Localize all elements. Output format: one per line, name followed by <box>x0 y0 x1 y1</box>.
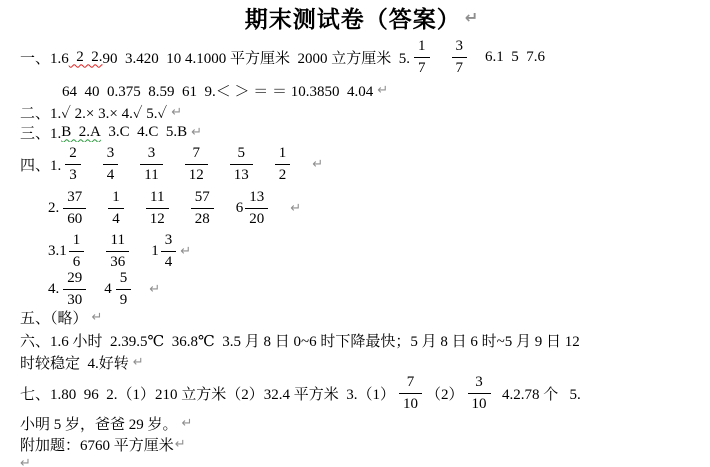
fraction-numerator: 1 <box>275 145 291 164</box>
fraction: 1 6 <box>69 232 85 271</box>
section-four-item1-label: 四、1. <box>20 154 61 175</box>
fraction-denominator: 13 <box>230 164 253 184</box>
section-five-line: 五、（略） ↵ <box>20 307 704 327</box>
section-seven-line1: 七、1.80 96 2.（1）210 立方米（2）32.4 平方米 3.（1） … <box>20 373 704 413</box>
paragraph-mark-icon: ↵ <box>171 105 182 120</box>
fraction-denominator: 36 <box>106 251 129 271</box>
paragraph-mark-icon: ↵ <box>182 416 193 431</box>
section-four-item2: 2. 37 60 1 4 11 12 57 28 6 13 20 ↵ <box>20 186 704 231</box>
section-seven-tail: 4.2.78 个 5. <box>495 383 581 404</box>
paragraph-mark-icon: ↵ <box>180 244 191 259</box>
section-one-mid: 90 3.420 10 4.1000 平方厘米 2000 立方厘米 5. <box>103 47 411 68</box>
section-four-item1: 四、1. 2 3 3 4 3 11 7 12 5 13 1 2 ↵ <box>20 142 704 186</box>
fraction-numerator: 5 <box>233 145 249 164</box>
paragraph-mark-icon: ↵ <box>92 310 103 325</box>
fraction: 1 4 <box>108 189 124 228</box>
fraction-denominator: 4 <box>108 208 124 228</box>
paragraph-mark-icon: ↵ <box>20 456 31 467</box>
section-seven-pre: 七、1.80 96 2.（1）210 立方米（2）32.4 平方米 3.（1） <box>20 383 395 404</box>
section-four-item4-label: 4. <box>48 281 59 298</box>
paragraph-mark-icon: ↵ <box>149 282 160 297</box>
fraction-denominator: 12 <box>185 164 208 184</box>
fraction-denominator: 28 <box>191 208 214 228</box>
section-three-pre: 三、1. <box>20 122 61 142</box>
paragraph-mark-icon: ↵ <box>377 83 388 98</box>
fraction-numerator: 3 <box>144 145 160 164</box>
section-four-item3: 3. 1 1 6 11 36 1 3 4 ↵ <box>20 231 704 271</box>
fraction-numerator: 29 <box>63 271 86 289</box>
fraction: 1 2 <box>275 145 291 184</box>
fraction-numerator: 11 <box>107 232 129 251</box>
fraction: 3 11 <box>140 145 162 184</box>
mixed-whole: 1 <box>151 243 159 260</box>
document-page: 期末测试卷（答案） ↵ 一、1.6 2 2. 90 3.420 10 4.100… <box>0 0 710 467</box>
fraction: 11 12 <box>146 189 169 228</box>
paragraph-mark-icon: ↵ <box>191 125 202 140</box>
section-four-item2-label: 2. <box>48 200 59 217</box>
fraction-denominator: 2 <box>275 164 291 184</box>
fraction: 5 13 <box>230 145 253 184</box>
fraction-denominator: 10 <box>399 393 422 413</box>
fraction: 3 10 <box>468 374 491 413</box>
fraction-numerator: 1 <box>69 232 85 251</box>
fraction-denominator: 12 <box>146 208 169 228</box>
empty-paragraph-line: ↵ <box>20 455 704 467</box>
fraction: 1 7 <box>414 38 430 77</box>
mixed-whole: 1 <box>59 243 67 260</box>
fraction-denominator: 60 <box>63 208 86 228</box>
fraction-denominator: 9 <box>116 289 132 308</box>
paragraph-mark-icon: ↵ <box>465 8 479 27</box>
fraction: 37 60 <box>63 189 86 228</box>
fraction-denominator: 20 <box>245 208 268 228</box>
fraction: 3 4 <box>161 232 177 271</box>
section-two-line: 二、1.✓ 2.× 3.× 4.✓ 5.✓ ↵ <box>20 102 704 122</box>
mixed-number: 1 3 4 <box>151 232 176 271</box>
fraction-denominator: 30 <box>63 289 86 308</box>
fraction-denominator: 4 <box>103 164 119 184</box>
fraction-numerator: 3 <box>452 38 468 57</box>
fraction-denominator: 3 <box>65 164 81 184</box>
fraction-numerator: 37 <box>63 189 86 208</box>
fraction-numerator: 57 <box>191 189 214 208</box>
fraction-denominator: 6 <box>69 251 85 271</box>
section-seven-mid: （2） <box>426 383 464 404</box>
section-six-line2-text: 时较稳定 4.好转 <box>20 352 129 373</box>
fraction: 3 4 <box>103 145 119 184</box>
section-one-line1: 一、1.6 2 2. 90 3.420 10 4.1000 平方厘米 2000 … <box>20 34 704 80</box>
fraction-numerator: 5 <box>116 271 132 289</box>
fraction-numerator: 1 <box>414 38 430 57</box>
fraction-numerator: 2 <box>65 145 81 164</box>
spellcheck-red-squiggle-text: 2 2. <box>69 49 103 66</box>
section-six-line1-text: 六、1.6 小时 2.39.5℃ 36.8℃ 3.5 月 8 日 0~6 时下降… <box>20 330 580 351</box>
section-three-tail: 3.C 4.C 5.B <box>101 124 187 141</box>
section-seven-line2: 小明 5 岁，爸爸 29 岁。 ↵ <box>20 413 704 434</box>
fraction: 3 7 <box>452 38 468 77</box>
fraction: 11 36 <box>106 232 129 271</box>
bonus-question-text: 附加题：6760 平方厘米 <box>20 434 174 455</box>
fraction: 13 20 <box>245 189 268 228</box>
section-six-line1: 六、1.6 小时 2.39.5℃ 36.8℃ 3.5 月 8 日 0~6 时下降… <box>20 329 704 351</box>
paragraph-mark-icon: ↵ <box>133 355 144 370</box>
fraction-numerator: 7 <box>188 145 204 164</box>
section-one-line2-text: 64 40 0.375 8.59 61 9.＜ ＞ ＝ ＝ 10.3850 4.… <box>62 80 373 100</box>
bonus-question-line: 附加题：6760 平方厘米 ↵ <box>20 434 704 455</box>
section-three-line: 三、1. B 2.A 3.C 4.C 5.B ↵ <box>20 122 704 142</box>
fraction-numerator: 3 <box>161 232 177 251</box>
fraction-denominator: 7 <box>414 57 430 77</box>
fraction-denominator: 11 <box>140 164 162 184</box>
fraction: 57 28 <box>191 189 214 228</box>
spellcheck-green-squiggle-text: B 2.A <box>61 124 101 141</box>
fraction-numerator: 13 <box>245 189 268 208</box>
mixed-whole: 6 <box>236 200 244 217</box>
fraction-numerator: 1 <box>108 189 124 208</box>
fraction-denominator: 7 <box>452 57 468 77</box>
fraction: 29 30 <box>63 271 86 307</box>
fraction-denominator: 4 <box>161 251 177 271</box>
section-seven-line2-text: 小明 5 岁，爸爸 29 岁。 <box>20 413 178 434</box>
mixed-number: 1 1 6 <box>59 232 84 271</box>
fraction-denominator: 10 <box>468 393 491 413</box>
section-five-text: 五、（略） <box>20 307 88 327</box>
paragraph-mark-icon: ↵ <box>175 437 186 452</box>
section-one-tail: 6.1 5 7.6 <box>485 49 545 66</box>
fraction: 5 9 <box>116 271 132 307</box>
section-six-line2: 时较稳定 4.好转 ↵ <box>20 351 704 373</box>
fraction: 7 12 <box>185 145 208 184</box>
section-two-text: 二、1.✓ 2.× 3.× 4.✓ 5.✓ <box>20 102 167 122</box>
section-one-pre: 一、1.6 <box>20 47 69 68</box>
fraction-numerator: 3 <box>471 374 487 393</box>
document-title-row: 期末测试卷（答案） ↵ <box>20 2 704 32</box>
fraction: 7 10 <box>399 374 422 413</box>
fraction-numerator: 3 <box>103 145 119 164</box>
fraction-numerator: 11 <box>146 189 168 208</box>
paragraph-mark-icon: ↵ <box>290 201 301 216</box>
fraction: 2 3 <box>65 145 81 184</box>
mixed-number: 6 13 20 <box>236 189 269 228</box>
section-four-item4: 4. 29 30 4 5 9 ↵ <box>20 271 704 307</box>
document-title: 期末测试卷（答案） <box>245 2 461 32</box>
section-four-item3-label: 3. <box>48 243 59 260</box>
paragraph-mark-icon: ↵ <box>312 157 323 172</box>
section-four-item4-mid: 4 <box>104 281 112 298</box>
fraction-numerator: 7 <box>403 374 419 393</box>
section-one-line2: 64 40 0.375 8.59 61 9.＜ ＞ ＝ ＝ 10.3850 4.… <box>20 80 704 100</box>
